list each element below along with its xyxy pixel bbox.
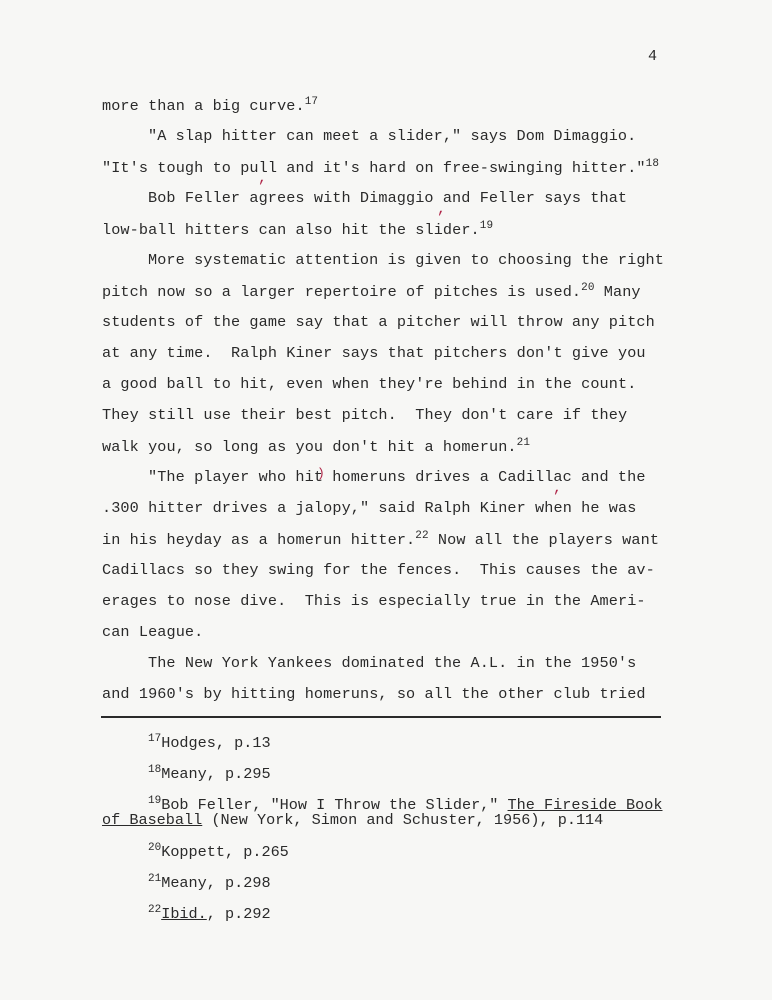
line-text: Many bbox=[595, 283, 641, 301]
footnote-text: Meany, p.298 bbox=[161, 874, 270, 892]
ibid-text: Ibid. bbox=[161, 905, 207, 923]
handwritten-comma-mark: , bbox=[258, 170, 267, 187]
line-text: "A slap hitter can meet a slider," says … bbox=[148, 127, 636, 145]
footnote-number: 17 bbox=[148, 733, 161, 745]
body-line: .300 hitter drives a jalopy," said Ralph… bbox=[102, 499, 636, 517]
line-text: pitch now so a larger repertoire of pitc… bbox=[102, 283, 581, 301]
body-line: in his heyday as a homerun hitter.22 Now… bbox=[102, 530, 659, 549]
handwritten-s-mark: ) bbox=[317, 466, 325, 481]
line-text: Now all the players want bbox=[429, 531, 659, 549]
line-text: and 1960's by hitting homeruns, so all t… bbox=[102, 685, 646, 703]
footnote-number: 18 bbox=[148, 764, 161, 776]
footnote-number: 19 bbox=[148, 795, 161, 807]
line-text: Bob Feller agrees with Dimaggio and Fell… bbox=[148, 189, 627, 207]
body-line: Cadillacs so they swing for the fences. … bbox=[102, 561, 655, 579]
footnote-ref: 17 bbox=[305, 96, 318, 108]
footnote-text: , p.292 bbox=[207, 905, 271, 923]
footnote-text: Meany, p.295 bbox=[161, 765, 270, 783]
footnote-ref: 19 bbox=[480, 220, 493, 232]
body-line: More systematic attention is given to ch… bbox=[148, 251, 664, 269]
book-title: of Baseball bbox=[102, 811, 202, 829]
footnote-text: (New York, Simon and Schuster, 1956), p.… bbox=[202, 811, 603, 829]
line-text: The New York Yankees dominated the A.L. … bbox=[148, 654, 636, 672]
footnote-continuation: of Baseball (New York, Simon and Schuste… bbox=[102, 811, 603, 829]
footnote: 20Koppett, p.265 bbox=[148, 842, 289, 861]
line-text: .300 hitter drives a jalopy," said Ralph… bbox=[102, 499, 636, 517]
body-line: at any time. Ralph Kiner says that pitch… bbox=[102, 344, 646, 362]
body-line: The New York Yankees dominated the A.L. … bbox=[148, 654, 636, 672]
footnote-number: 22 bbox=[148, 904, 161, 916]
line-text: students of the game say that a pitcher … bbox=[102, 313, 655, 331]
line-text: erages to nose dive. This is especially … bbox=[102, 592, 646, 610]
body-line: and 1960's by hitting homeruns, so all t… bbox=[102, 685, 646, 703]
body-line: "A slap hitter can meet a slider," says … bbox=[148, 127, 636, 145]
line-text: They still use their best pitch. They do… bbox=[102, 406, 627, 424]
footnote-text: Hodges, p.13 bbox=[161, 734, 270, 752]
line-text: Cadillacs so they swing for the fences. … bbox=[102, 561, 655, 579]
body-line: walk you, so long as you don't hit a hom… bbox=[102, 437, 530, 456]
line-text: at any time. Ralph Kiner says that pitch… bbox=[102, 344, 646, 362]
handwritten-comma-mark: , bbox=[437, 201, 446, 218]
footnote: 21Meany, p.298 bbox=[148, 873, 271, 892]
line-text: "The player who hit homeruns drives a Ca… bbox=[148, 468, 646, 486]
line-text: in his heyday as a homerun hitter. bbox=[102, 531, 415, 549]
body-line: erages to nose dive. This is especially … bbox=[102, 592, 646, 610]
footnote-ref: 22 bbox=[415, 530, 428, 542]
body-line: can League. bbox=[102, 623, 203, 641]
body-line: Bob Feller agrees with Dimaggio and Fell… bbox=[148, 189, 627, 207]
line-text: More systematic attention is given to ch… bbox=[148, 251, 664, 269]
line-text: "It's tough to pull and it's hard on fre… bbox=[102, 159, 646, 177]
footnote: 17Hodges, p.13 bbox=[148, 733, 271, 752]
line-text: can League. bbox=[102, 623, 203, 641]
footnote-text: Koppett, p.265 bbox=[161, 843, 289, 861]
body-line: students of the game say that a pitcher … bbox=[102, 313, 655, 331]
line-text: more than a big curve. bbox=[102, 97, 305, 115]
body-line: "It's tough to pull and it's hard on fre… bbox=[102, 158, 659, 177]
footnote-divider bbox=[101, 716, 661, 718]
line-text: low-ball hitters can also hit the slider… bbox=[102, 221, 480, 239]
footnote-number: 21 bbox=[148, 873, 161, 885]
line-text: a good ball to hit, even when they're be… bbox=[102, 375, 636, 393]
footnote-ref: 20 bbox=[581, 282, 594, 294]
handwritten-comma-mark: , bbox=[553, 480, 562, 497]
body-line: "The player who hit homeruns drives a Ca… bbox=[148, 468, 646, 486]
footnote-ref: 21 bbox=[517, 437, 530, 449]
footnote: 22Ibid., p.292 bbox=[148, 904, 271, 923]
footnote-number: 20 bbox=[148, 842, 161, 854]
footnote: 18Meany, p.295 bbox=[148, 764, 271, 783]
body-line: a good ball to hit, even when they're be… bbox=[102, 375, 636, 393]
body-line: pitch now so a larger repertoire of pitc… bbox=[102, 282, 641, 301]
body-line: They still use their best pitch. They do… bbox=[102, 406, 627, 424]
body-line: low-ball hitters can also hit the slider… bbox=[102, 220, 493, 239]
footnote-ref: 18 bbox=[646, 158, 659, 170]
body-line: more than a big curve.17 bbox=[102, 96, 318, 115]
page-number: 4 bbox=[648, 48, 657, 65]
line-text: walk you, so long as you don't hit a hom… bbox=[102, 438, 517, 456]
